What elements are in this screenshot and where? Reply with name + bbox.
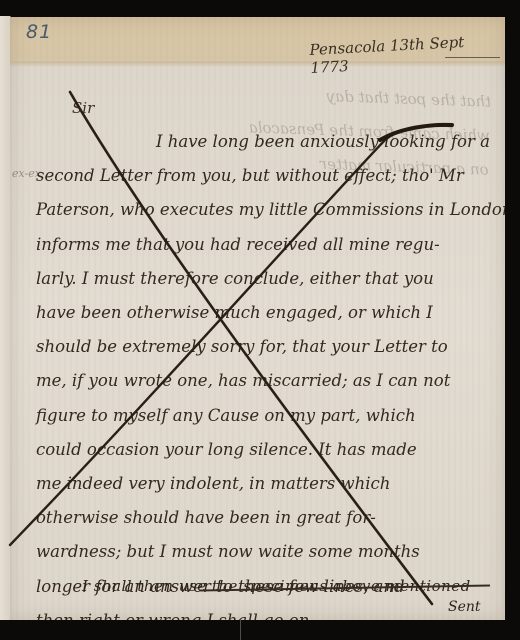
body-line: wardness; but I must now waite some mont… <box>36 535 496 569</box>
body-line: informs me that you had received all min… <box>36 228 496 262</box>
date-line: Pensacola 13th Sept 1773 <box>309 31 505 77</box>
body-line: second Letter from you, but without effe… <box>36 159 496 193</box>
body-line: should be extremely sorry for, that your… <box>36 330 496 364</box>
letter-body: I have long been anxiously looking for a… <box>36 125 496 620</box>
date-underline <box>445 57 500 58</box>
body-line: I have long been anxiously looking for a <box>36 125 496 159</box>
signature-fragment: Sent <box>448 599 481 615</box>
body-line: could occasion your long silence. It has… <box>36 433 496 467</box>
body-line: otherwise should have been in great for- <box>36 501 496 535</box>
salutation: Sir <box>72 99 94 117</box>
body-line: figure to myself any Cause on my part, w… <box>36 399 496 433</box>
body-line: then right or wrong I shall go on <box>36 604 496 620</box>
scan-artifact <box>240 620 241 640</box>
body-line: me, if you wrote one, has miscarried; as… <box>36 364 496 398</box>
manuscript-page: 81 Pensacola 13th Sept 1773 that the pos… <box>10 17 505 620</box>
body-line: have been otherwise much engaged, or whi… <box>36 296 496 330</box>
body-line: me indeed very indolent, in matters whic… <box>36 467 496 501</box>
folio-number: 81 <box>26 21 52 43</box>
body-line: Paterson, who executes my little Commiss… <box>36 193 496 227</box>
body-line: larly. I must therefore conclude, either… <box>36 262 496 296</box>
